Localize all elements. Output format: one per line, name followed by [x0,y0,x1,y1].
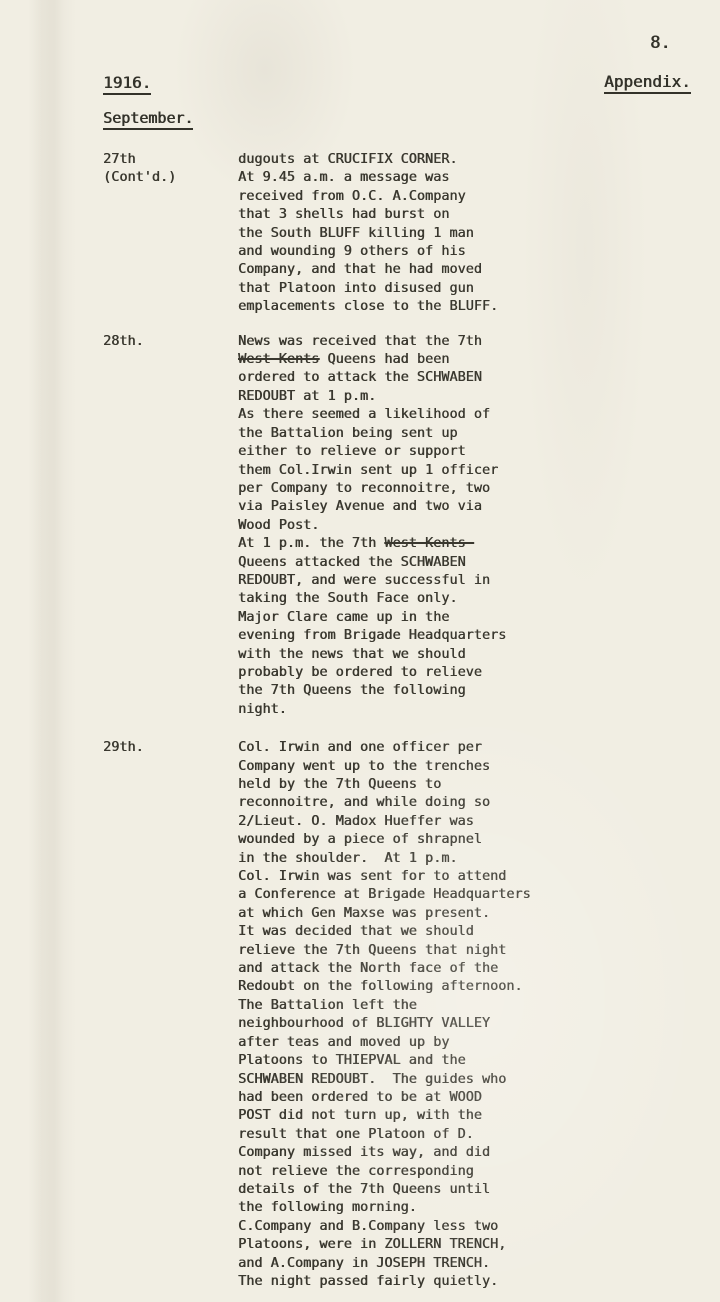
entry-body-line: As there seemed a likelihood of [238,405,668,423]
entry-body-line: C.Company and B.Company less two [238,1217,668,1235]
entry-body-line: taking the South Face only. [238,589,668,607]
entry-body-line: that 3 shells had burst on [238,205,668,223]
struck-text: West-Kents- [384,535,473,551]
entry-body-line: dugouts at CRUCIFIX CORNER. [238,150,668,168]
entry-body-line: Platoons to THIEPVAL and the [238,1051,668,1069]
entry-body-line: either to relieve or support [238,442,668,460]
entry-body-line: 2/Lieut. O. Madox Hueffer was [238,812,668,830]
entry-body-line: and wounding 9 others of his [238,242,668,260]
diary-entry: 27th(Cont'd.)dugouts at CRUCIFIX CORNER.… [103,150,668,316]
page-number: 8. [650,33,670,53]
entry-body-line: in the shoulder. At 1 p.m. [238,849,668,867]
appendix-heading: Appendix. [604,72,691,94]
entry-date-line: 28th. [103,332,238,350]
month-heading: September. [103,109,193,130]
entry-body-line: Queens attacked the SCHWABEN [238,553,668,571]
entry-body-line: Company, and that he had moved [238,260,668,278]
entry-body-line: result that one Platoon of D. [238,1125,668,1143]
entry-body-line: West-Kents Queens had been [238,350,668,368]
entry-body-line: the 7th Queens the following [238,681,668,699]
entry-body-line: News was received that the 7th [238,332,668,350]
text-segment: Queens had been [319,351,449,367]
entry-body-line: and A.Company in JOSEPH TRENCH. [238,1254,668,1272]
entry-body: News was received that the 7thWest-Kents… [238,332,668,719]
entry-date: 28th. [103,332,238,350]
entry-body-line: held by the 7th Queens to [238,775,668,793]
entry-body-line: a Conference at Brigade Headquarters [238,885,668,903]
entry-body-line: had been ordered to be at WOOD [238,1088,668,1106]
entry-body-line: night. [238,700,668,718]
entry-body-line: Col. Irwin and one officer per [238,738,668,756]
diary-entries: 27th(Cont'd.)dugouts at CRUCIFIX CORNER.… [103,150,668,1290]
year-heading: 1916. [103,73,151,95]
entry-body: dugouts at CRUCIFIX CORNER.At 9.45 a.m. … [238,150,668,316]
entry-body-line: received from O.C. A.Company [238,187,668,205]
entry-body-line: via Paisley Avenue and two via [238,497,668,515]
entry-body-line: Wood Post. [238,516,668,534]
entry-body-line: REDOUBT, and were successful in [238,571,668,589]
entry-body-line: SCHWABEN REDOUBT. The guides who [238,1070,668,1088]
entry-date: 27th(Cont'd.) [103,150,238,187]
entry-body-line: The night passed fairly quietly. [238,1272,668,1290]
entry-date: 29th. [103,738,238,756]
entry-body-line: wounded by a piece of shrapnel [238,830,668,848]
entry-body-line: REDOUBT at 1 p.m. [238,387,668,405]
entry-body-line: probably be ordered to relieve [238,663,668,681]
entry-body-line: the following morning. [238,1198,668,1216]
entry-body: Col. Irwin and one officer perCompany we… [238,738,668,1290]
entry-body-line: at which Gen Maxse was present. [238,904,668,922]
entry-body-line: after teas and moved up by [238,1033,668,1051]
entry-body-line: the Battalion being sent up [238,424,668,442]
entry-body-line: with the news that we should [238,645,668,663]
entry-body-line: relieve the 7th Queens that night [238,941,668,959]
entry-body-line: reconnoitre, and while doing so [238,793,668,811]
entry-body-line: evening from Brigade Headquarters [238,626,668,644]
struck-text: West-Kents [238,351,319,367]
entry-body-line: Col. Irwin was sent for to attend [238,867,668,885]
entry-body-line: It was decided that we should [238,922,668,940]
entry-body-line: Company went up to the trenches [238,757,668,775]
entry-date-line: 29th. [103,738,238,756]
entry-body-line: not relieve the corresponding [238,1162,668,1180]
text-segment: At 1 p.m. the 7th [238,535,384,551]
entry-body-line: The Battalion left the [238,996,668,1014]
entry-body-line: emplacements close to the BLUFF. [238,297,668,315]
entry-body-line: Company missed its way, and did [238,1143,668,1161]
entry-body-line: At 9.45 a.m. a message was [238,168,668,186]
entry-body-line: the South BLUFF killing 1 man [238,224,668,242]
entry-body-line: per Company to reconnoitre, two [238,479,668,497]
entry-date-line: 27th [103,150,238,168]
entry-body-line: and attack the North face of the [238,959,668,977]
entry-body-line: Platoons, were in ZOLLERN TRENCH, [238,1235,668,1253]
entry-body-line: details of the 7th Queens until [238,1180,668,1198]
entry-body-line: neighbourhood of BLIGHTY VALLEY [238,1014,668,1032]
entry-body-line: ordered to attack the SCHWABEN [238,368,668,386]
entry-body-line: them Col.Irwin sent up 1 officer [238,461,668,479]
entry-body-line: POST did not turn up, with the [238,1106,668,1124]
diary-entry: 29th.Col. Irwin and one officer perCompa… [103,738,668,1290]
entry-body-line: Major Clare came up in the [238,608,668,626]
entry-body-line: At 1 p.m. the 7th West-Kents- [238,534,668,552]
entry-body-line: that Platoon into disused gun [238,279,668,297]
entry-body-line: Redoubt on the following afternoon. [238,977,668,995]
diary-entry: 28th.News was received that the 7thWest-… [103,332,668,719]
entry-date-line: (Cont'd.) [103,168,238,186]
